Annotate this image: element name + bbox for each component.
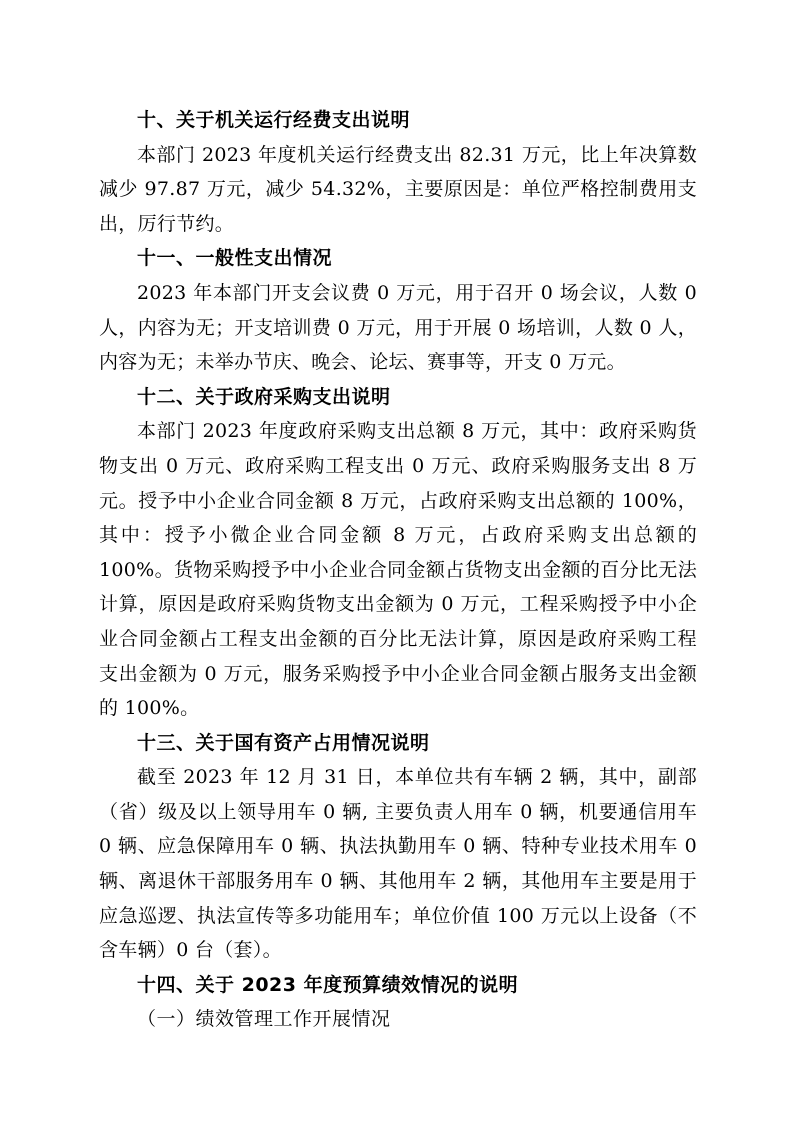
paragraph: 截至 2023 年 12 月 31 日，本单位共有车辆 2 辆，其中，副部（省）…	[99, 760, 697, 968]
section-12-gov-procurement: 十二、关于政府采购支出说明 本部门 2023 年度政府采购支出总额 8 万元，其…	[99, 380, 697, 726]
document-content: 十、关于机关运行经费支出说明 本部门 2023 年度机关运行经费支出 82.31…	[99, 103, 697, 1037]
section-14-budget-performance: 十四、关于 2023 年度预算绩效情况的说明 （一）绩效管理工作开展情况	[99, 968, 697, 1037]
section-11-general-expense: 十一、一般性支出情况 2023 年本部门开支会议费 0 万元，用于召开 0 场会…	[99, 241, 697, 379]
paragraph: 2023 年本部门开支会议费 0 万元，用于召开 0 场会议，人数 0 人，内容…	[99, 276, 697, 380]
document-page: 十、关于机关运行经费支出说明 本部门 2023 年度机关运行经费支出 82.31…	[0, 0, 793, 1122]
section-heading: 十三、关于国有资产占用情况说明	[99, 726, 697, 761]
paragraph: 本部门 2023 年度机关运行经费支出 82.31 万元，比上年决算数减少 97…	[99, 138, 697, 242]
section-heading: 十、关于机关运行经费支出说明	[99, 103, 697, 138]
sub-heading: （一）绩效管理工作开展情况	[99, 1002, 697, 1037]
section-heading: 十一、一般性支出情况	[99, 241, 697, 276]
section-13-state-assets: 十三、关于国有资产占用情况说明 截至 2023 年 12 月 31 日，本单位共…	[99, 726, 697, 968]
section-heading: 十四、关于 2023 年度预算绩效情况的说明	[99, 968, 697, 1003]
section-heading: 十二、关于政府采购支出说明	[99, 380, 697, 415]
section-10-operating-expense: 十、关于机关运行经费支出说明 本部门 2023 年度机关运行经费支出 82.31…	[99, 103, 697, 241]
paragraph: 本部门 2023 年度政府采购支出总额 8 万元，其中：政府采购货物支出 0 万…	[99, 414, 697, 725]
